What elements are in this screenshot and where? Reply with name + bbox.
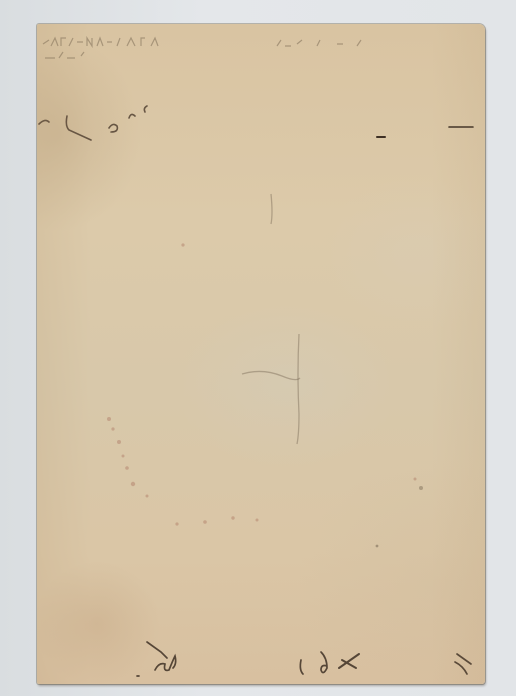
foxing-stains bbox=[107, 243, 423, 547]
card-back bbox=[37, 24, 485, 684]
pencil-scrawl bbox=[39, 106, 147, 140]
creases bbox=[242, 194, 300, 444]
edge-marks bbox=[377, 127, 473, 137]
bottom-pencil-marks bbox=[137, 642, 471, 676]
pencil-marks bbox=[37, 24, 485, 684]
faded-stamp-text bbox=[43, 38, 361, 58]
